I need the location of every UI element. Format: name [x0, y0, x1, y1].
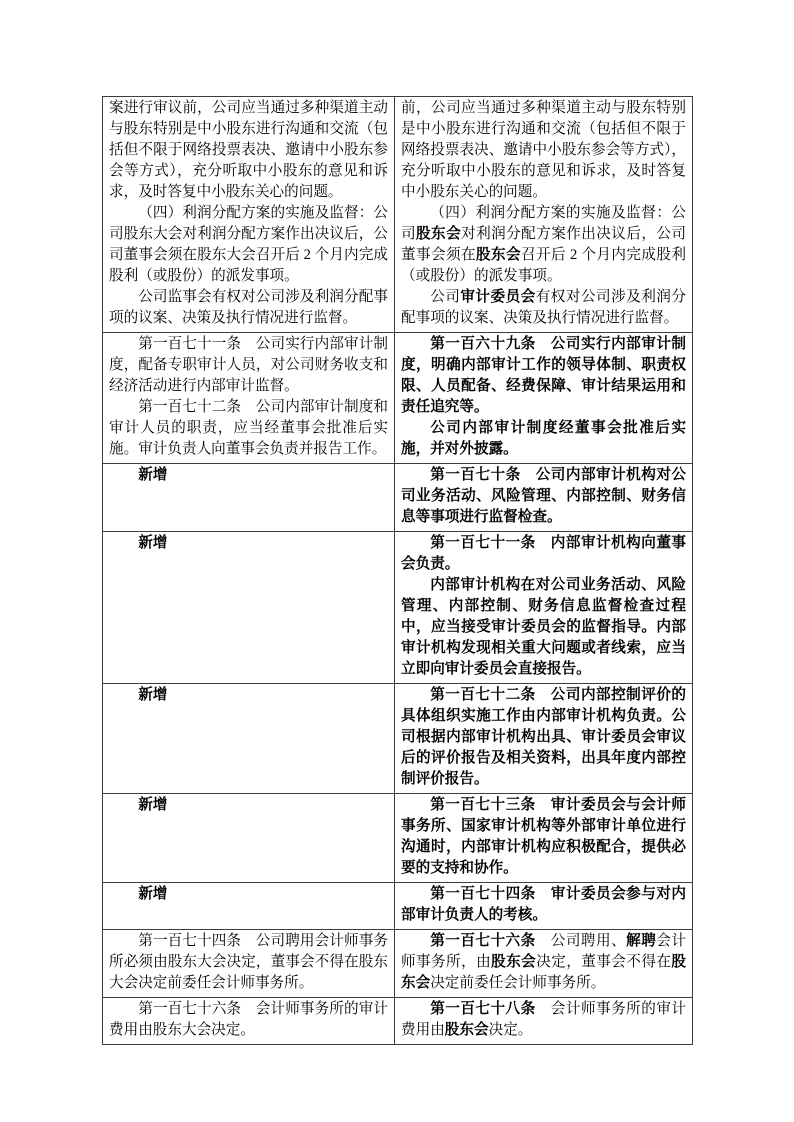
bold-text: 内部审计机构在对公司业务活动、风险管理、内部控制、财务信息监督检查过程中，应当接…	[401, 577, 686, 677]
document-page: 案进行审议前，公司应当通过多种渠道主动与股东特别是中小股东进行沟通和交流（包括但…	[0, 0, 794, 1122]
bold-text: 新增	[138, 467, 167, 483]
paragraph: 第一百六十九条 公司实行内部审计制度，明确内部审计工作的领导体制、职责权限、人员…	[401, 334, 686, 418]
table-row: 案进行审议前，公司应当通过多种渠道主动与股东特别是中小股东进行沟通和交流（包括但…	[103, 97, 693, 333]
text: （四）利润分配方案的实施及监督：公司股东大会对利润分配方案作出决议后，公司董事会…	[109, 205, 388, 284]
paragraph: 第一百七十一条 内部审计机构向董事会负责。	[401, 533, 686, 575]
table-cell-left: 新增	[103, 794, 395, 883]
text: 第一百七十二条 公司内部审计制度和审计人员的职责，应当经董事会批准后实施。审计负…	[109, 399, 388, 457]
table-cell-right: 第一百七十六条 公司聘用、解聘会计师事务所，由股东会决定，董事会不得在股东会决定…	[395, 930, 693, 998]
paragraph: 第一百七十六条 公司聘用、解聘会计师事务所，由股东会决定，董事会不得在股东会决定…	[401, 931, 686, 994]
paragraph: 案进行审议前，公司应当通过多种渠道主动与股东特别是中小股东进行沟通和交流（包括但…	[109, 98, 388, 203]
table-row: 新增第一百七十三条 审计委员会与会计师事务所、国家审计机构等外部审计单位进行沟通…	[103, 794, 693, 883]
text: 第一百七十四条 公司聘用会计师事务所必须由股东大会决定，董事会不得在股东大会决定…	[109, 933, 388, 991]
paragraph: （四）利润分配方案的实施及监督：公司股东大会对利润分配方案作出决议后，公司董事会…	[109, 203, 388, 287]
table-cell-right: 第一百七十四条 审计委员会参与对内部审计负责人的考核。	[395, 883, 693, 930]
paragraph: 第一百七十四条 审计委员会参与对内部审计负责人的考核。	[401, 884, 686, 926]
bold-text: 新增	[138, 535, 167, 551]
table-row: 第一百七十六条 会计师事务所的审计费用由股东大会决定。第一百七十八条 会计师事务…	[103, 998, 693, 1045]
table-cell-right: 第一百六十九条 公司实行内部审计制度，明确内部审计工作的领导体制、职责权限、人员…	[395, 333, 693, 464]
bold-text: 第一百七十四条 审计委员会参与对内部审计负责人的考核。	[401, 886, 686, 923]
paragraph: 新增	[109, 795, 388, 816]
bold-text: 第一百七十三条 审计委员会与会计师事务所、国家审计机构等外部审计单位进行沟通时，…	[401, 797, 686, 876]
paragraph: （四）利润分配方案的实施及监督：公司股东会对利润分配方案作出决议后，公司董事会须…	[401, 203, 686, 287]
paragraph: 新增	[109, 884, 388, 905]
table-cell-left: 第一百七十六条 会计师事务所的审计费用由股东大会决定。	[103, 998, 395, 1045]
table-row: 第一百七十四条 公司聘用会计师事务所必须由股东大会决定，董事会不得在股东大会决定…	[103, 930, 693, 998]
table-cell-left: 案进行审议前，公司应当通过多种渠道主动与股东特别是中小股东进行沟通和交流（包括但…	[103, 97, 395, 333]
table-cell-left: 新增	[103, 883, 395, 930]
table-cell-left: 新增	[103, 532, 395, 684]
bold-text: 第一百七十二条 公司内部控制评价的具体组织实施工作由内部审计机构负责。公司根据内…	[401, 687, 686, 787]
bold-text: 股东会	[416, 226, 461, 242]
paragraph: 第一百七十条 公司内部审计机构对公司业务活动、风险管理、内部控制、财务信息等事项…	[401, 465, 686, 528]
paragraph: 新增	[109, 465, 388, 486]
paragraph: 新增	[109, 533, 388, 554]
text: 前，公司应当通过多种渠道主动与股东特别是中小股东进行沟通和交流（包括但不限于网络…	[401, 100, 686, 200]
table-row: 新增第一百七十一条 内部审计机构向董事会负责。内部审计机构在对公司业务活动、风险…	[103, 532, 693, 684]
bold-text: 审计委员会	[460, 289, 535, 305]
table-cell-left: 新增	[103, 684, 395, 794]
bold-text: 股东会	[476, 247, 521, 263]
paragraph: 内部审计机构在对公司业务活动、风险管理、内部控制、财务信息监督检查过程中，应当接…	[401, 575, 686, 680]
bold-text: 新增	[138, 886, 167, 902]
bold-text: 新增	[138, 797, 167, 813]
bold-text: 股东会	[445, 1022, 489, 1038]
paragraph: 第一百七十三条 审计委员会与会计师事务所、国家审计机构等外部审计单位进行沟通时，…	[401, 795, 686, 879]
bold-text: 新增	[138, 687, 167, 703]
text: 决定。	[489, 1022, 533, 1038]
bold-text: 解聘	[626, 933, 656, 949]
text: 公司聘用、	[536, 933, 626, 949]
table-row: 新增第一百七十四条 审计委员会参与对内部审计负责人的考核。	[103, 883, 693, 930]
table-cell-right: 第一百七十二条 公司内部控制评价的具体组织实施工作由内部审计机构负责。公司根据内…	[395, 684, 693, 794]
bold-text: 第一百七十八条	[430, 1001, 536, 1017]
text: 决定，董事会不得在	[536, 954, 671, 970]
table-row: 新增第一百七十条 公司内部审计机构对公司业务活动、风险管理、内部控制、财务信息等…	[103, 464, 693, 532]
bold-text: 公司内部审计制度经董事会批准后实施，并对外披露。	[401, 420, 686, 457]
table-cell-right: 第一百七十八条 会计师事务所的审计费用由股东会决定。	[395, 998, 693, 1045]
table-cell-left: 第一百七十四条 公司聘用会计师事务所必须由股东大会决定，董事会不得在股东大会决定…	[103, 930, 395, 998]
paragraph: 公司内部审计制度经董事会批准后实施，并对外披露。	[401, 418, 686, 460]
table-cell-right: 前，公司应当通过多种渠道主动与股东特别是中小股东进行沟通和交流（包括但不限于网络…	[395, 97, 693, 333]
comparison-table: 案进行审议前，公司应当通过多种渠道主动与股东特别是中小股东进行沟通和交流（包括但…	[102, 96, 693, 1045]
text: 第一百七十六条 会计师事务所的审计费用由股东大会决定。	[109, 1001, 388, 1038]
paragraph: 公司监事会有权对公司涉及利润分配事项的议案、决策及执行情况进行监督。	[109, 287, 388, 329]
table-cell-right: 第一百七十一条 内部审计机构向董事会负责。内部审计机构在对公司业务活动、风险管理…	[395, 532, 693, 684]
paragraph: 第一百七十一条 公司实行内部审计制度，配备专职审计人员，对公司财务收支和经济活动…	[109, 334, 388, 397]
paragraph: 前，公司应当通过多种渠道主动与股东特别是中小股东进行沟通和交流（包括但不限于网络…	[401, 98, 686, 203]
paragraph: 第一百七十六条 会计师事务所的审计费用由股东大会决定。	[109, 999, 388, 1041]
paragraph: 第一百七十八条 会计师事务所的审计费用由股东会决定。	[401, 999, 686, 1041]
paragraph: 第一百七十二条 公司内部控制评价的具体组织实施工作由内部审计机构负责。公司根据内…	[401, 685, 686, 790]
text: 第一百七十一条 公司实行内部审计制度，配备专职审计人员，对公司财务收支和经济活动…	[109, 336, 388, 394]
bold-text: 第一百七十一条 内部审计机构向董事会负责。	[401, 535, 686, 572]
text: 公司	[430, 289, 460, 305]
paragraph: 公司审计委员会有权对公司涉及利润分配事项的议案、决策及执行情况进行监督。	[401, 287, 686, 329]
comparison-table-body: 案进行审议前，公司应当通过多种渠道主动与股东特别是中小股东进行沟通和交流（包括但…	[103, 97, 693, 1045]
table-row: 新增第一百七十二条 公司内部控制评价的具体组织实施工作由内部审计机构负责。公司根…	[103, 684, 693, 794]
paragraph: 第一百七十四条 公司聘用会计师事务所必须由股东大会决定，董事会不得在股东大会决定…	[109, 931, 388, 994]
table-cell-right: 第一百七十三条 审计委员会与会计师事务所、国家审计机构等外部审计单位进行沟通时，…	[395, 794, 693, 883]
text: 决定前委任会计师事务所。	[430, 975, 605, 991]
bold-text: 第一百六十九条 公司实行内部审计制度，明确内部审计工作的领导体制、职责权限、人员…	[401, 336, 686, 415]
bold-text: 股东会	[491, 954, 536, 970]
text: 案进行审议前，公司应当通过多种渠道主动与股东特别是中小股东进行沟通和交流（包括但…	[109, 100, 388, 200]
table-cell-left: 新增	[103, 464, 395, 532]
table-cell-left: 第一百七十一条 公司实行内部审计制度，配备专职审计人员，对公司财务收支和经济活动…	[103, 333, 395, 464]
table-row: 第一百七十一条 公司实行内部审计制度，配备专职审计人员，对公司财务收支和经济活动…	[103, 333, 693, 464]
paragraph: 第一百七十二条 公司内部审计制度和审计人员的职责，应当经董事会批准后实施。审计负…	[109, 397, 388, 460]
table-cell-right: 第一百七十条 公司内部审计机构对公司业务活动、风险管理、内部控制、财务信息等事项…	[395, 464, 693, 532]
text: 公司监事会有权对公司涉及利润分配事项的议案、决策及执行情况进行监督。	[109, 289, 388, 326]
bold-text: 第一百七十条 公司内部审计机构对公司业务活动、风险管理、内部控制、财务信息等事项…	[401, 467, 686, 525]
bold-text: 第一百七十六条	[430, 933, 536, 949]
paragraph: 新增	[109, 685, 388, 706]
